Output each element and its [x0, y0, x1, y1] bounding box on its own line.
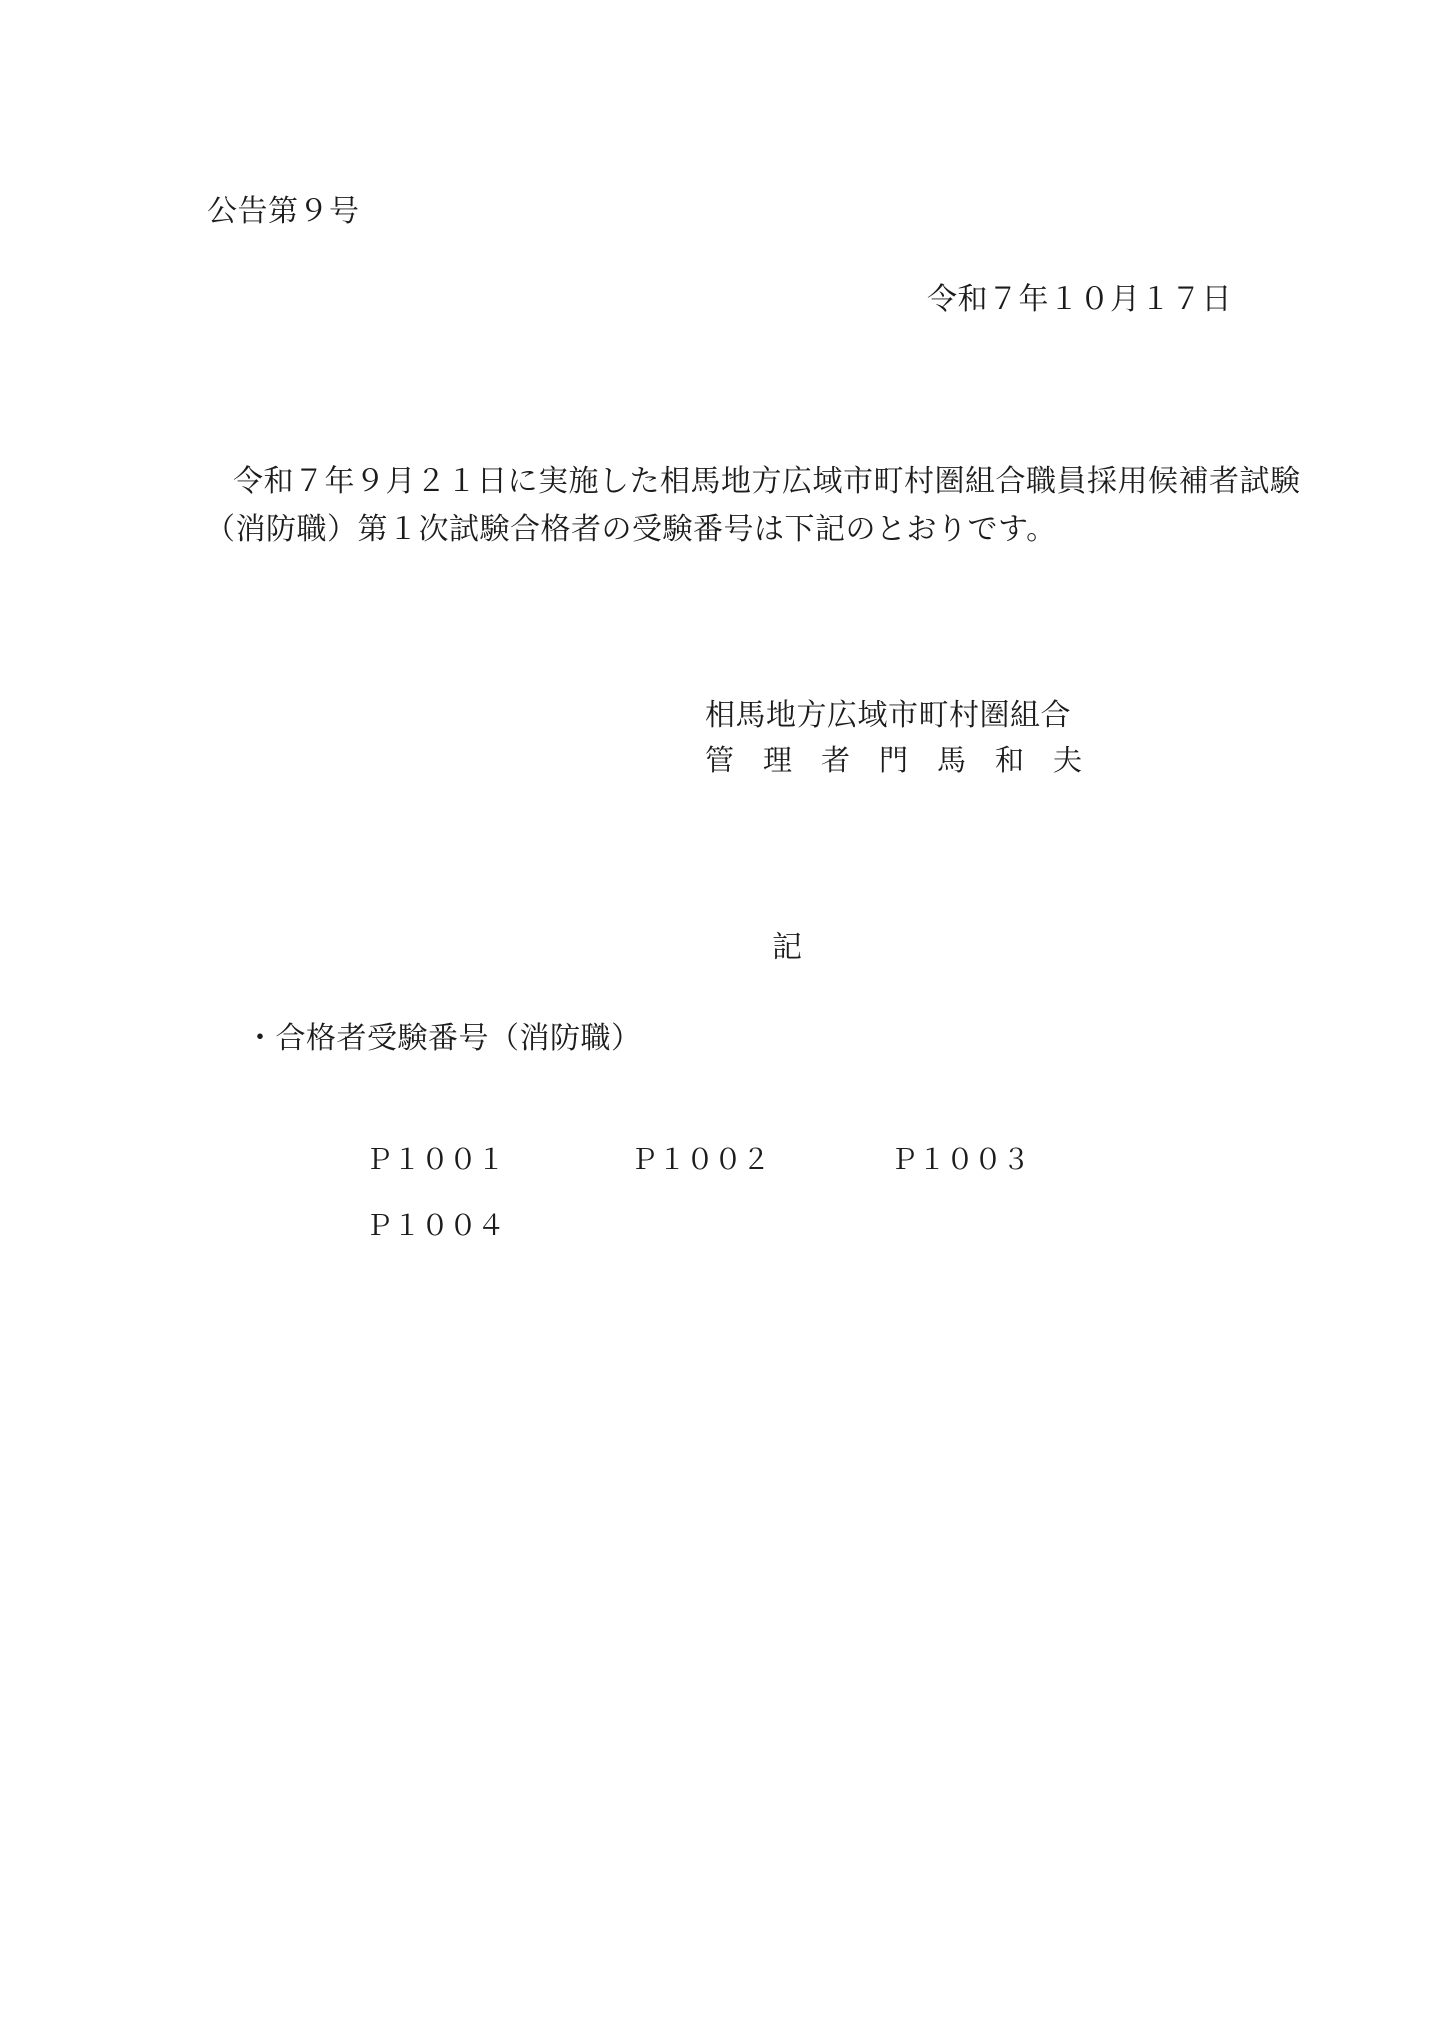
pass-number: Ｐ１００４: [365, 1213, 505, 1241]
pass-number: Ｐ１００３: [890, 1147, 1030, 1175]
pass-number-list-heading: ・合格者受験番号（消防職）: [245, 1024, 642, 1054]
body-line: （消防職）第１次試験合格者の受験番号は下記のとおりです。: [205, 515, 1057, 545]
pass-number: Ｐ１００１: [365, 1147, 505, 1175]
record-marker: 記: [772, 933, 803, 963]
issue-date: 令和７年１０月１７日: [927, 285, 1232, 315]
issuer-title-and-name: 管 理 者 門 馬 和 夫: [705, 747, 1082, 776]
announcement-document: 公告第９号 令和７年１０月１７日 令和７年９月２１日に実施した相馬地方広域市町村…: [0, 0, 1440, 2036]
pass-number: Ｐ１００２: [630, 1147, 770, 1175]
issuer-organization: 相馬地方広域市町村圏組合: [705, 701, 1071, 731]
body-line: 令和７年９月２１日に実施した相馬地方広域市町村圏組合職員採用候補者試験: [233, 467, 1301, 497]
notice-number: 公告第９号: [207, 197, 360, 227]
